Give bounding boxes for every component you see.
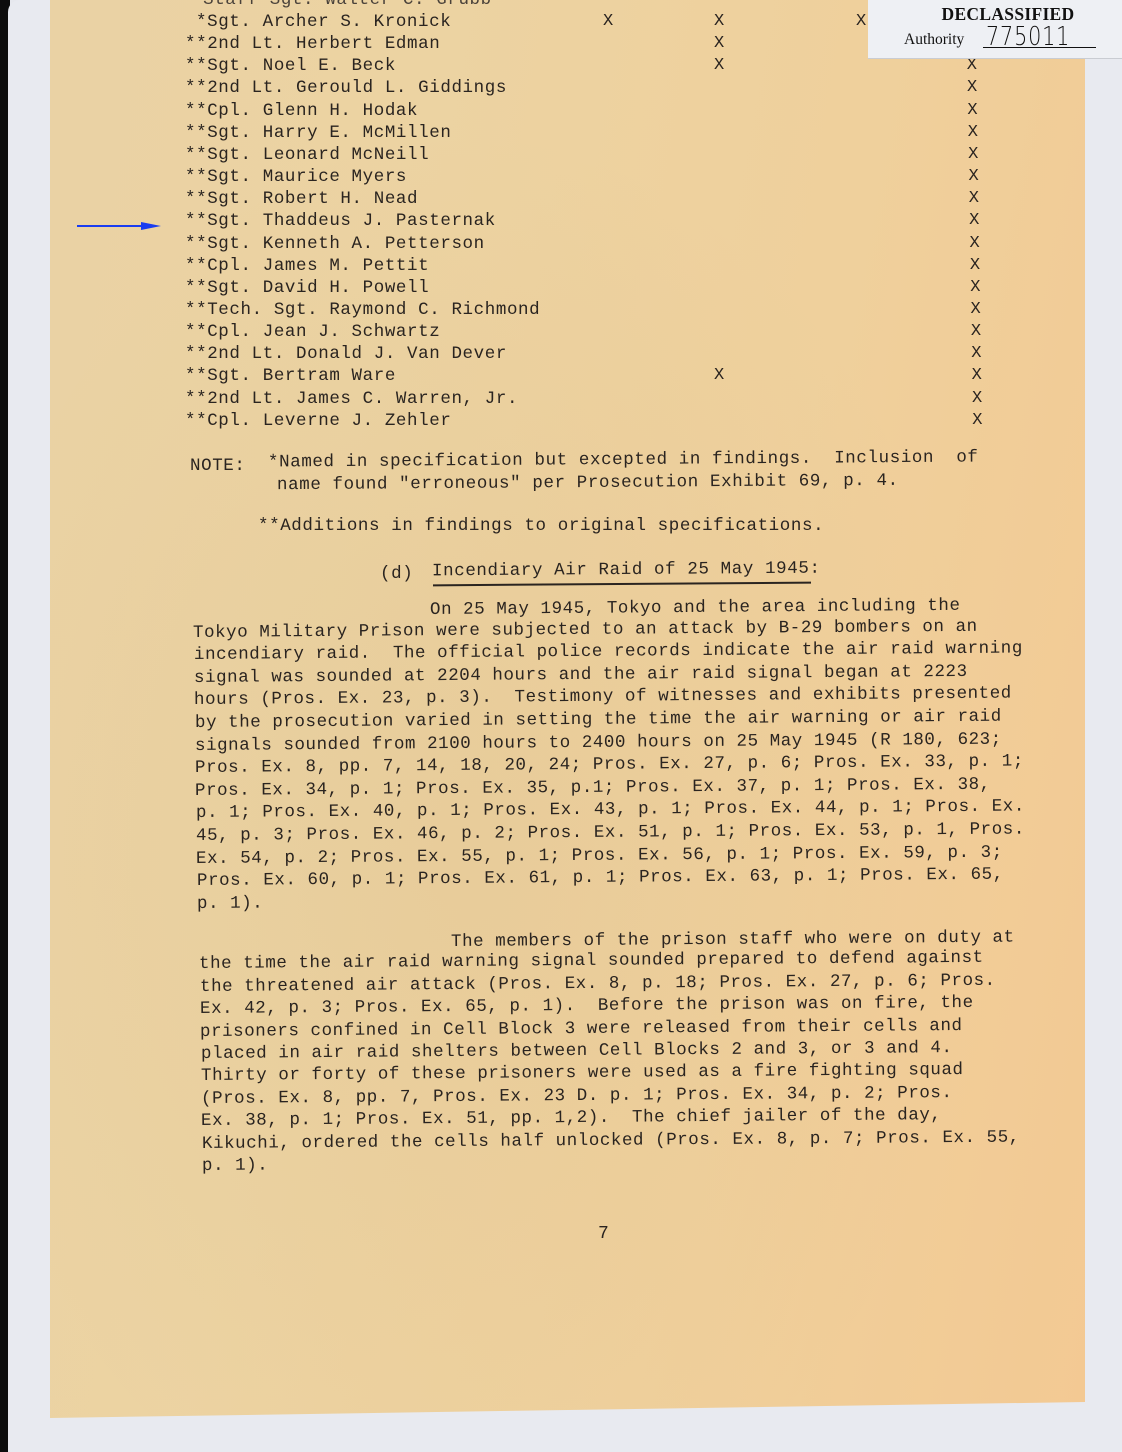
highlight-arrow-icon [77, 222, 161, 230]
roster-mark-col-4: X [969, 189, 979, 208]
roster-name: **2nd Lt. James C. Warren, Jr. [185, 389, 518, 409]
paragraph-line: Ex. 42, p. 3; Pros. Ex. 65, p. 1). Befor… [200, 993, 974, 1019]
paragraph-line: 45, p. 3; Pros. Ex. 46, p. 2; Pros. Ex. … [196, 819, 1025, 846]
roster-name: **Sgt. Bertram Ware [185, 366, 396, 386]
roster-row: **Sgt. Leonard McNeillX [0, 145, 1122, 167]
roster-mark-col-4: X [971, 322, 981, 341]
roster-partial-row: *Staff Sgt. Walter C. Grubb [192, 0, 492, 10]
roster-mark-col-3: X [856, 12, 866, 31]
roster-name: **Sgt. Harry E. McMillen [185, 123, 451, 143]
section-title-underline [433, 582, 811, 587]
roster-mark-col-4: X [967, 56, 977, 75]
roster-name: **Cpl. Jean J. Schwartz [185, 322, 440, 342]
section-marker: (d) [380, 566, 413, 584]
roster-row: **Sgt. Noel E. BeckXX [0, 56, 1122, 78]
authority-label: Authority [904, 31, 964, 49]
roster-name: **Sgt. Leonard McNeill [185, 145, 429, 165]
roster-name: **Sgt. Robert H. Nead [185, 189, 418, 209]
roster-name: **2nd Lt. Herbert Edman [185, 34, 440, 54]
roster-name: **2nd Lt. Gerould L. Giddings [185, 78, 507, 98]
roster-name: **Cpl. Glenn H. Hodak [185, 101, 418, 121]
roster-row: **Cpl. Jean J. SchwartzX [0, 322, 1122, 344]
roster-row: **2nd Lt. James C. Warren, Jr.X [0, 389, 1122, 411]
roster-row: **Sgt. Kenneth A. PettersonX [0, 234, 1122, 256]
paragraph-line: p. 1). [197, 893, 263, 914]
page-content: *Staff Sgt. Walter C. Grubb *Sgt. Archer… [0, 0, 1122, 1452]
paragraph-line: by the prosecution varied in setting the… [194, 707, 1001, 733]
roster-row: **Cpl. James M. PettitX [0, 256, 1122, 278]
roster-row: **Tech. Sgt. Raymond C. RichmondX [0, 300, 1122, 322]
roster-mark-col-4: X [967, 101, 977, 120]
paragraph-line: Kikuchi, ordered the cells half unlocked… [202, 1127, 1020, 1153]
roster-mark-col-4: X [968, 167, 978, 186]
note-label: NOTE: [190, 458, 246, 476]
page-number: 7 [598, 1224, 609, 1244]
roster-name: **Sgt. Noel E. Beck [185, 56, 396, 76]
paragraph-line: On 25 May 1945, Tokyo and the area inclu… [430, 596, 961, 620]
roster-mark-col-2: X [714, 366, 724, 385]
paragraph-line: incendiary raid. The official police rec… [194, 639, 1023, 666]
roster-mark-col-4: X [968, 145, 978, 164]
note-line-2: name found "erroneous" per Prosecution E… [277, 473, 899, 495]
roster-mark-col-4: X [970, 278, 980, 297]
roster-mark-col-2: X [714, 56, 724, 75]
roster-mark-col-2: X [714, 34, 724, 53]
roster-mark-col-4: X [972, 366, 982, 385]
section-title: Incendiary Air Raid of 25 May 1945: [432, 561, 821, 581]
roster-mark-col-4: X [970, 256, 980, 275]
declassified-stamp: DECLASSIFIED Authority 775011 [868, 0, 1122, 59]
paragraph-line: p. 1). [202, 1155, 268, 1176]
roster-name: **Sgt. Thaddeus J. Pasternak [185, 211, 496, 231]
paragraph-line: hours (Pros. Ex. 23, p. 3). Testimony of… [194, 684, 1012, 710]
roster-name: *Sgt. Archer S. Kronick [196, 12, 451, 32]
roster-row: **Cpl. Leverne J. ZehlerX [0, 411, 1122, 433]
paragraph-line: p. 1; Pros. Ex. 40, p. 1; Pros. Ex. 43, … [196, 797, 1025, 824]
paragraph-line: (Pros. Ex. 8, pp. 7, Pros. Ex. 23 D. p. … [201, 1083, 953, 1109]
roster-row: **Sgt. Thaddeus J. PasternakX [0, 211, 1122, 233]
paragraph-line: Ex. 38, p. 1; Pros. Ex. 51, pp. 1,2). Th… [201, 1105, 942, 1131]
roster-name: **Cpl. James M. Pettit [185, 256, 429, 276]
roster-mark-col-4: X [969, 211, 979, 230]
roster-mark-col-4: X [971, 344, 981, 363]
roster-name: **Sgt. Kenneth A. Petterson [185, 234, 485, 254]
roster-name: **2nd Lt. Donald J. Van Dever [185, 344, 507, 364]
roster-name: **Sgt. Maurice Myers [185, 167, 407, 187]
paragraph-line: Pros. Ex. 8, pp. 7, 14, 18, 20, 24; Pros… [195, 752, 1024, 779]
roster-row: **Cpl. Glenn H. HodakX [0, 101, 1122, 123]
paragraph-line: the time the air raid warning signal sou… [199, 948, 984, 974]
roster-mark-col-4: X [971, 300, 981, 319]
roster-mark-col-2: X [714, 12, 724, 31]
authority-value: 775011 [986, 22, 1070, 52]
roster-row: **Sgt. David H. PowellX [0, 278, 1122, 300]
paragraph-line: prisoners confined in Cell Block 3 were … [200, 1016, 963, 1042]
roster-mark-col-4: X [967, 78, 977, 97]
roster-mark-col-4: X [968, 123, 978, 142]
paragraph-line: Tokyo Military Prison were subjected to … [193, 616, 978, 642]
roster-mark-col-4: X [972, 389, 982, 408]
roster-row: **2nd Lt. Donald J. Van DeverX [0, 344, 1122, 366]
roster-row: **2nd Lt. Gerould L. GiddingsX [0, 78, 1122, 100]
roster-name: **Tech. Sgt. Raymond C. Richmond [185, 300, 540, 320]
roster-row: **Sgt. Robert H. NeadX [0, 189, 1122, 211]
note-line-1: *Named in specification but excepted in … [268, 450, 979, 472]
roster-name: **Cpl. Leverne J. Zehler [185, 411, 451, 431]
roster-mark-col-4: X [970, 234, 980, 253]
roster-name: **Sgt. David H. Powell [185, 278, 429, 298]
roster-row: **Sgt. Bertram WareXX [0, 366, 1122, 388]
roster-row: **Sgt. Harry E. McMillenX [0, 123, 1122, 145]
roster-mark-col-4: X [972, 411, 982, 430]
roster-mark-col-1: X [603, 12, 613, 31]
paragraph-line: Thirty or forty of these prisoners were … [201, 1060, 964, 1086]
note-additions: **Additions in findings to original spec… [258, 518, 824, 536]
paragraph-line: Pros. Ex. 60, p. 1; Pros. Ex. 61, p. 1; … [197, 865, 1004, 891]
roster-row: **Sgt. Maurice MyersX [0, 167, 1122, 189]
